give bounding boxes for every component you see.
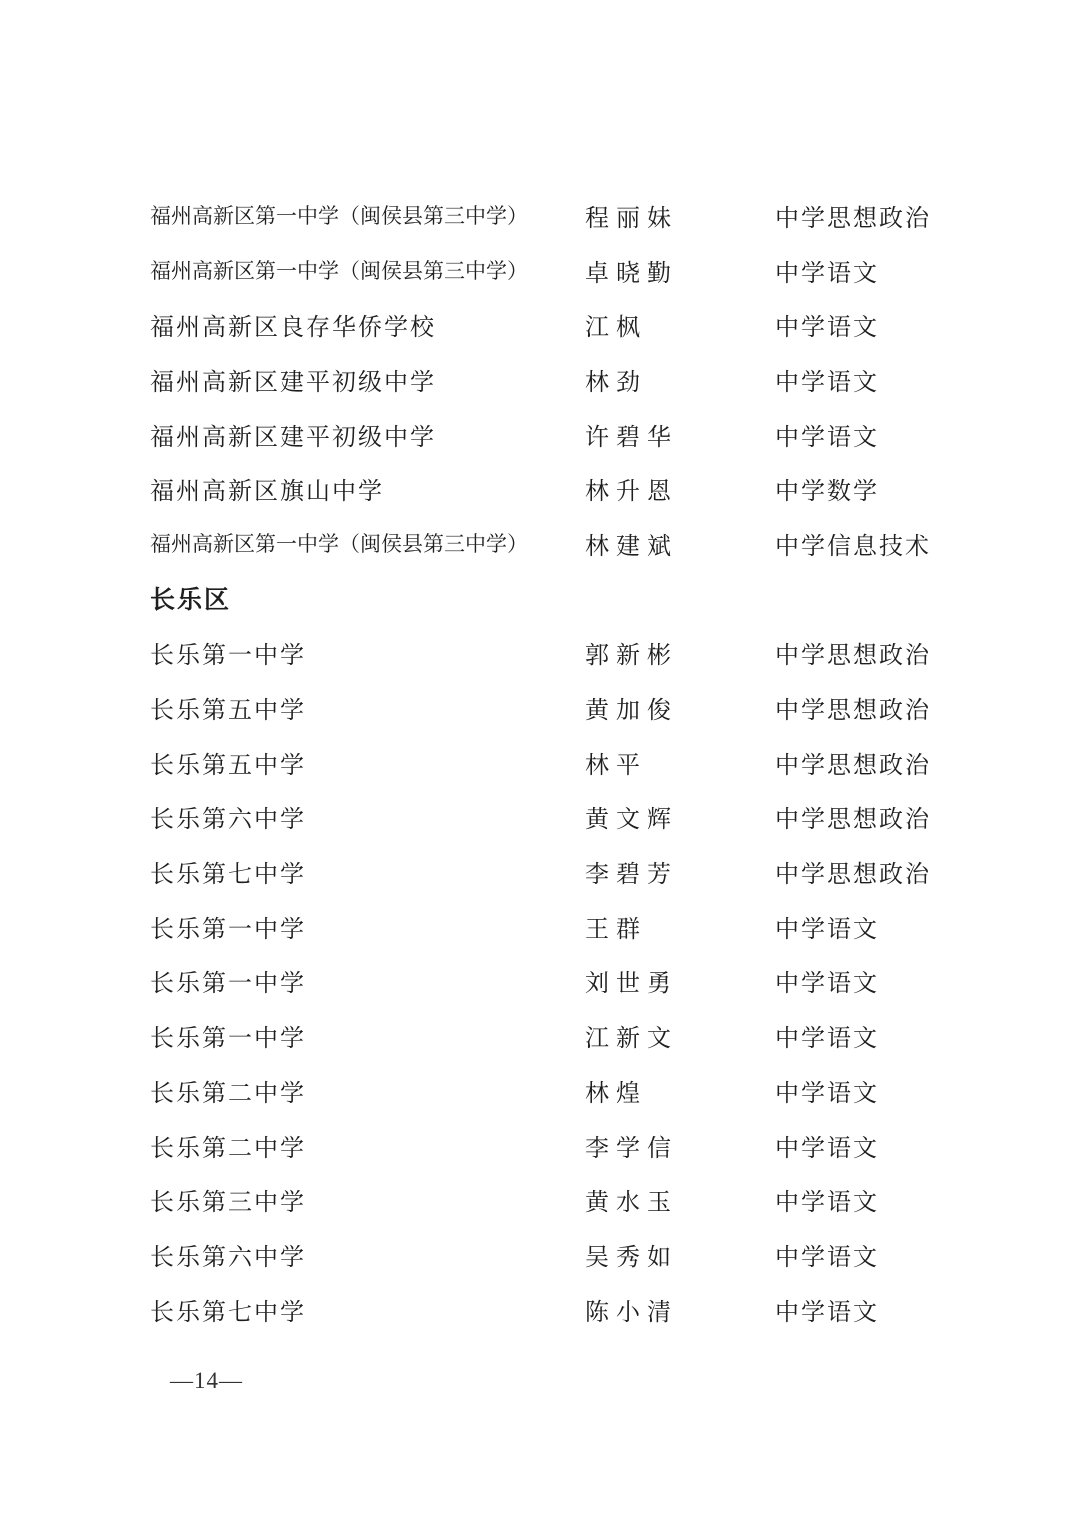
table-row: 福州高新区第一中学（闽侯县第三中学） 卓晓勤 中学语文 [150,243,940,298]
table-row: 长乐第五中学 林平 中学思想政治 [150,735,940,790]
table-row: 长乐第七中学 李碧芳 中学思想政治 [150,844,940,899]
subject-cell: 中学语文 [775,1292,940,1327]
teacher-name-cell: 江枫 [585,307,775,342]
table-row: 长乐第六中学 黄文辉 中学思想政治 [150,790,940,845]
school-cell: 长乐第七中学 [150,854,585,889]
school-cell: 长乐第一中学 [150,635,585,670]
subject-cell: 中学语文 [775,909,940,944]
subject-cell: 中学思想政治 [775,690,940,725]
subject-cell: 中学语文 [775,1018,940,1053]
subject-cell: 中学语文 [775,417,940,452]
teacher-name-cell: 黄水玉 [585,1182,775,1217]
school-cell: 长乐第五中学 [150,745,585,780]
school-cell: 长乐第七中学 [150,1292,585,1327]
teacher-name-cell: 李学信 [585,1128,775,1163]
page-number: —14— [170,1368,243,1394]
teacher-name-cell: 李碧芳 [585,854,775,889]
school-cell: 福州高新区第一中学（闽侯县第三中学） [150,528,585,558]
subject-cell: 中学语文 [775,307,940,342]
teacher-name-cell: 黄加俊 [585,690,775,725]
school-cell: 长乐第一中学 [150,1018,585,1053]
subject-cell: 中学思想政治 [775,745,940,780]
table-row: 福州高新区第一中学（闽侯县第三中学） 林建斌 中学信息技术 [150,516,940,571]
table-row: 长乐第一中学 郭新彬 中学思想政治 [150,626,940,681]
table-row: 长乐第二中学 李学信 中学语文 [150,1118,940,1173]
table-row: 福州高新区旗山中学 林升恩 中学数学 [150,461,940,516]
table-row: 长乐第一中学 王群 中学语文 [150,899,940,954]
subject-cell: 中学语文 [775,1128,940,1163]
school-cell: 长乐第二中学 [150,1128,585,1163]
table-row: 福州高新区良存华侨学校 江枫 中学语文 [150,297,940,352]
teacher-name-cell: 郭新彬 [585,635,775,670]
subject-cell: 中学语文 [775,1073,940,1108]
school-cell: 长乐第六中学 [150,1237,585,1272]
teacher-name-cell: 林升恩 [585,471,775,506]
teacher-name-cell: 黄文辉 [585,799,775,834]
subject-cell: 中学语文 [775,362,940,397]
table-row: 福州高新区建平初级中学 许碧华 中学语文 [150,407,940,462]
school-cell: 福州高新区良存华侨学校 [150,307,585,342]
table-row: 长乐第五中学 黄加俊 中学思想政治 [150,680,940,735]
subject-cell: 中学语文 [775,253,940,288]
teacher-name-cell: 林建斌 [585,526,775,561]
school-cell: 长乐第二中学 [150,1073,585,1108]
subject-cell: 中学思想政治 [775,854,940,889]
table-row: 长乐第三中学 黄水玉 中学语文 [150,1172,940,1227]
school-cell: 福州高新区第一中学（闽侯县第三中学） [150,200,585,230]
school-cell: 福州高新区建平初级中学 [150,417,585,452]
subject-cell: 中学数学 [775,471,940,506]
subject-cell: 中学思想政治 [775,198,940,233]
teacher-name-cell: 林平 [585,745,775,780]
school-cell: 福州高新区旗山中学 [150,471,585,506]
teacher-name-cell: 王群 [585,909,775,944]
teacher-name-cell: 陈小清 [585,1292,775,1327]
school-cell: 长乐第一中学 [150,963,585,998]
table-row: 福州高新区第一中学（闽侯县第三中学） 程丽妹 中学思想政治 [150,188,940,243]
teacher-name-cell: 许碧华 [585,417,775,452]
table-row: 长乐第一中学 刘世勇 中学语文 [150,954,940,1009]
table-row: 长乐第七中学 陈小清 中学语文 [150,1282,940,1337]
school-cell: 长乐第五中学 [150,690,585,725]
school-cell: 长乐第六中学 [150,799,585,834]
table-row: 福州高新区建平初级中学 林劲 中学语文 [150,352,940,407]
subject-cell: 中学语文 [775,1182,940,1217]
teacher-name-cell: 江新文 [585,1018,775,1053]
school-cell: 长乐第三中学 [150,1182,585,1217]
teacher-name-cell: 林劲 [585,362,775,397]
section-header: 长乐区 [150,571,940,626]
table-row: 长乐第二中学 林煌 中学语文 [150,1063,940,1118]
subject-cell: 中学语文 [775,1237,940,1272]
teacher-name-cell: 卓晓勤 [585,253,775,288]
teacher-name-cell: 吴秀如 [585,1237,775,1272]
teacher-name-cell: 程丽妹 [585,198,775,233]
document-page: 福州高新区第一中学（闽侯县第三中学） 程丽妹 中学思想政治 福州高新区第一中学（… [0,0,1080,1528]
subject-cell: 中学语文 [775,963,940,998]
teacher-name-cell: 刘世勇 [585,963,775,998]
teacher-list: 福州高新区第一中学（闽侯县第三中学） 程丽妹 中学思想政治 福州高新区第一中学（… [150,188,940,1336]
table-row: 长乐第一中学 江新文 中学语文 [150,1008,940,1063]
school-cell: 福州高新区第一中学（闽侯县第三中学） [150,255,585,285]
school-cell: 长乐第一中学 [150,909,585,944]
table-row: 长乐第六中学 吴秀如 中学语文 [150,1227,940,1282]
subject-cell: 中学信息技术 [775,526,940,561]
school-cell: 福州高新区建平初级中学 [150,362,585,397]
subject-cell: 中学思想政治 [775,635,940,670]
teacher-name-cell: 林煌 [585,1073,775,1108]
subject-cell: 中学思想政治 [775,799,940,834]
